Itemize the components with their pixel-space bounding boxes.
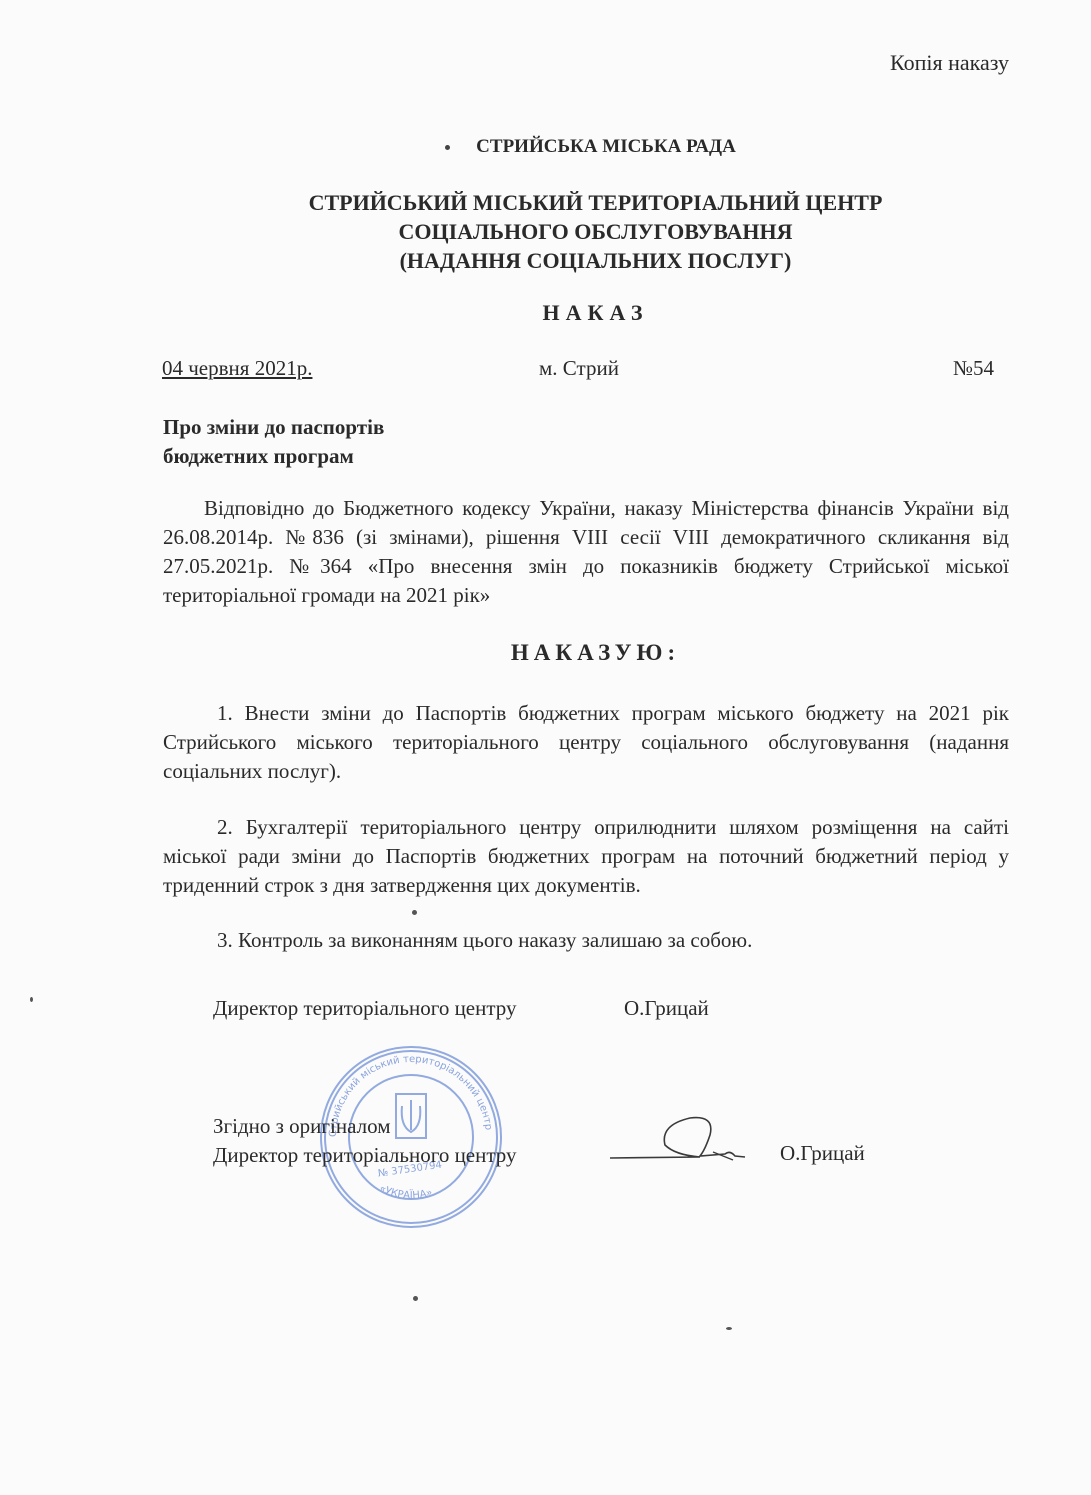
order-item-3: 3. Контроль за виконанням цього наказу з… — [163, 926, 1009, 955]
intro-paragraph: Відповідно до Бюджетного кодексу України… — [163, 494, 1009, 610]
council-text: СТРИЙСЬКА МІСЬКА РАДА — [476, 136, 736, 157]
certification-name: О.Грицай — [780, 1141, 865, 1166]
order-place: м. Стрий — [539, 356, 619, 381]
order-subject: Про зміни до паспортів бюджетних програм — [163, 413, 384, 471]
org-line-2: СОЦІАЛЬНОГО ОБСЛУГОВУВАННЯ — [100, 217, 1091, 246]
org-line-3: (НАДАННЯ СОЦІАЛЬНИХ ПОСЛУГ) — [100, 246, 1091, 275]
scan-speck — [726, 1327, 732, 1330]
document-type: НАКАЗ — [0, 300, 1091, 326]
council-name: СТРИЙСЬКА МІСЬКА РАДА — [0, 136, 1091, 158]
scan-speck — [413, 1296, 418, 1301]
scan-speck — [412, 910, 417, 915]
bullet-dot-icon — [445, 145, 450, 150]
certification-text: Згідно з оригіналом — [213, 1112, 517, 1141]
order-item-2: 2. Бухгалтерії територіального центру оп… — [163, 813, 1009, 900]
order-number: №54 — [953, 356, 994, 381]
subject-line-1: Про зміни до паспортів — [163, 413, 384, 442]
org-line-1: СТРИЙСЬКИЙ МІСЬКИЙ ТЕРИТОРІАЛЬНИЙ ЦЕНТР — [100, 188, 1091, 217]
svg-text:«УКРАЇНА»: «УКРАЇНА» — [378, 1183, 434, 1201]
scan-speck — [30, 997, 33, 1002]
subject-line-2: бюджетних програм — [163, 442, 384, 471]
organization-name: СТРИЙСЬКИЙ МІСЬКИЙ ТЕРИТОРІАЛЬНИЙ ЦЕНТР … — [0, 188, 1091, 275]
signature-name: О.Грицай — [624, 996, 709, 1021]
order-date: 04 червня 2021р. — [162, 356, 312, 381]
certification-block: Згідно з оригіналом Директор територіаль… — [213, 1112, 517, 1170]
order-item-1: 1. Внести зміни до Паспортів бюджетних п… — [163, 699, 1009, 786]
order-heading: НАКАЗУЮ: — [0, 640, 1091, 666]
signature-role: Директор територіального центру — [213, 996, 517, 1021]
handwritten-signature-icon — [605, 1110, 755, 1170]
certification-role: Директор територіального центру — [213, 1141, 517, 1170]
copy-label: Копія наказу — [890, 50, 1009, 76]
